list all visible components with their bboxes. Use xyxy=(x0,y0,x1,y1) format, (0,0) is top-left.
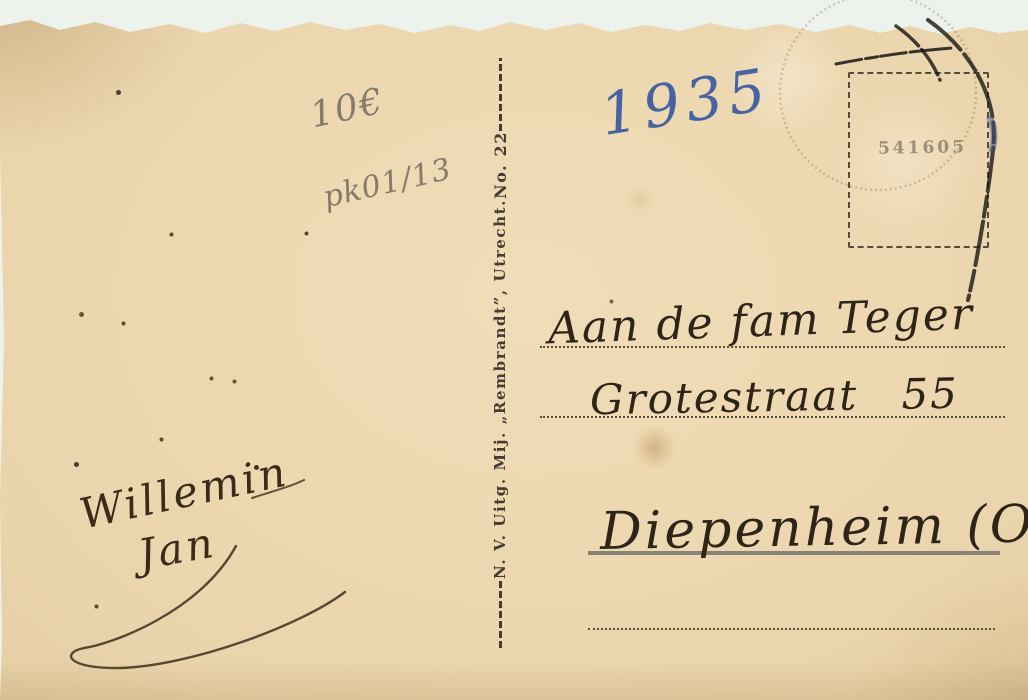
address-rule-4 xyxy=(588,628,995,630)
address-line-3: Diepenheim (O) xyxy=(600,494,1028,562)
publisher-imprint: N. V. Uitg. Mij. „Rembrandt”, Utrecht. xyxy=(491,199,509,579)
address-line-2: Grotestraat 55 xyxy=(590,369,960,424)
address-line-1: Aan de fam Teger xyxy=(547,289,974,355)
foxing-specks xyxy=(0,0,3,3)
price-note: 10€ xyxy=(307,81,389,137)
stamp-box-number: 541605 xyxy=(878,137,967,159)
divider-dash-bottom xyxy=(499,579,502,648)
publisher-column: N. V. Uitg. Mij. „Rembrandt”, Utrecht. N… xyxy=(484,58,516,648)
card-number: No. 22 xyxy=(491,131,510,199)
postcard-scan: N. V. Uitg. Mij. „Rembrandt”, Utrecht. N… xyxy=(0,0,1028,700)
stamp-box: 541605 xyxy=(848,72,989,248)
year-note: 1935 xyxy=(596,55,776,149)
sender-name-line-2: Jan xyxy=(134,518,219,580)
postcard-back: N. V. Uitg. Mij. „Rembrandt”, Utrecht. N… xyxy=(0,0,1028,700)
divider-dash-top xyxy=(499,58,502,131)
catalog-note: pk01/13 xyxy=(320,152,455,216)
